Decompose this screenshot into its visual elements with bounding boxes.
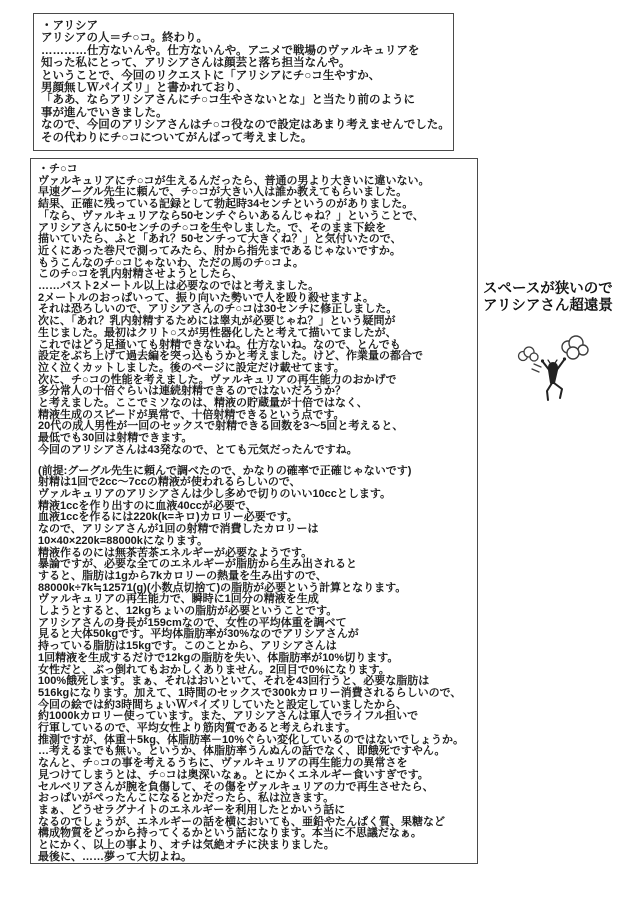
text-line: 今回のアリシアさんは43発なので、とても元気だったんですね。 <box>38 445 470 457</box>
text-line: 最後に、……夢って大切よね。 <box>38 852 470 864</box>
margin-note: スペースが狭いので アリシアさん超遠景 <box>483 281 613 315</box>
margin-note-line-2: アリシアさん超遠景 <box>483 298 613 315</box>
text-line: しようとすると、12kgちょいの脂肪が必要ということです。 <box>38 606 470 618</box>
text-line: 516kgになります。加えて、1時間のセックスで300kカロリー消費されるらしい… <box>38 688 470 700</box>
text-line: すると、脂肪は1gから7kカロリーの熱量を生み出すので、 <box>38 571 470 583</box>
text-line: 行軍しているので、平均女性より筋肉質であると考えられます。 <box>38 723 470 735</box>
text-line: …………仕方ないんや。仕方ないんや。アニメで戦場のヴァルキュリアを <box>41 45 446 57</box>
text-line: 泣く泣くカットしました。後のページに設定だけ載せてます。 <box>38 363 470 375</box>
commentary-paragraph-2: (前提:グーグル先生に頼んで調べたので、かなりの確率で正確じゃないです)射精は1… <box>38 466 470 864</box>
text-line: ヴァルキュリアのアリシアさんは少し多めで切りのいい10ccとします。 <box>38 489 470 501</box>
motion-dashes <box>532 364 541 372</box>
commentary-paragraph-1: ・チ○コヴァルキュリアにチ○コが生えるんだったら、普通の男より大きいに違いない。… <box>38 164 470 457</box>
text-line: ・チ○コ <box>38 164 470 176</box>
panic-stick-figure-doodle <box>512 334 596 408</box>
text-line: 「ああ、ならアリシアさんにチ○コ生やさないとな」と当たり前のように <box>41 94 446 106</box>
text-line: アリシアの人＝チ○コ。終わり。 <box>41 32 446 44</box>
text-line: 知った私にとって、アリシアさんは顔芸と落ち担当なんや。 <box>41 57 446 69</box>
text-line: ということで、今回のリクエストに「アリシアにチ○コ生やすか、 <box>41 70 446 82</box>
text-line: 見つけてしまうとは、チ○コは奥深いなぁ。とにかくエネルギー食いすぎです。 <box>38 770 470 782</box>
document-page: ・アリシアアリシアの人＝チ○コ。終わり。…………仕方ないんや。仕方ないんや。アニ… <box>0 0 635 898</box>
text-line: まぁ、どうせラグナイトのエネルギーを利用したとかいう話に <box>38 805 470 817</box>
text-line: 事が進んでいきました。 <box>41 107 446 119</box>
text-line: なので、今回のアリシアさんはチ○コ役なので設定はあまり考えませんでした。 <box>41 119 446 131</box>
text-line: 「なら、ヴァルキュリアなら50センチぐらいあるんじゃね？」ということで、 <box>38 211 470 223</box>
alicia-intro-textbox: ・アリシアアリシアの人＝チ○コ。終わり。…………仕方ないんや。仕方ないんや。アニ… <box>33 13 454 151</box>
text-line: 生じました。最初はクリト○スが男性器化したと考えて描いてましたが、 <box>38 328 470 340</box>
text-line: ……バスト2メートル以上は必要なのではと考えました。 <box>38 281 470 293</box>
margin-note-line-1: スペースが狭いので <box>483 281 613 298</box>
text-line: その代わりにチ○コについてがんばって考えました。 <box>41 132 446 144</box>
stick-figure-icon <box>541 357 566 400</box>
text-line: と考えました。ここでミソなのは、精液の貯蔵量が十倍ではなく、 <box>38 398 470 410</box>
text-line: 1回精液を生成するだけで12kgの脂肪を失い、体脂肪率が10%切ります。 <box>38 653 470 665</box>
text-line: 10×40×220k=88000kになります。 <box>38 536 470 548</box>
text-line: 近くにあった巻尺で測ってみたら、肘から指先まであるじゃないですか。 <box>38 246 470 258</box>
main-commentary-textbox: ・チ○コヴァルキュリアにチ○コが生えるんだったら、普通の男より大きいに違いない。… <box>30 158 478 864</box>
text-line: ・アリシア <box>41 20 446 32</box>
text-line: 男顔無しＷパイズリ」と書かれており、 <box>41 82 446 94</box>
dust-cloud-left-icon <box>519 347 539 361</box>
dust-cloud-right-icon <box>562 336 588 359</box>
